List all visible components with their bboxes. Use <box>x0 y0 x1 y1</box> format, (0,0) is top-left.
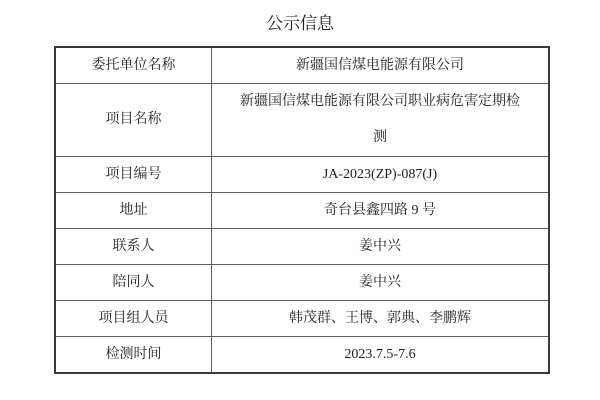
row-value-cell: 新疆国信煤电能源有限公司 <box>212 47 550 84</box>
row-value-cell: 奇台县鑫四路 9 号 <box>212 193 550 229</box>
row-label: 陪同人 <box>113 275 155 290</box>
row-label-cell: 项目名称 <box>55 84 212 157</box>
row-label: 项目编号 <box>106 167 162 182</box>
row-value: 姜中兴 <box>215 265 545 300</box>
table-row: 项目编号 JA-2023(ZP)-087(J) <box>55 157 549 193</box>
row-label: 项目组人员 <box>99 311 169 326</box>
row-label-cell: 项目组人员 <box>55 301 212 337</box>
row-label: 地址 <box>120 203 148 218</box>
row-label: 项目名称 <box>106 112 162 127</box>
row-label-cell: 检测时间 <box>55 337 212 374</box>
table-row: 委托单位名称 新疆国信煤电能源有限公司 <box>55 47 549 84</box>
row-value: 韩茂群、王博、郭典、李鹏辉 <box>215 301 545 336</box>
row-value: 姜中兴 <box>215 229 545 264</box>
row-value-cell: JA-2023(ZP)-087(J) <box>212 157 550 193</box>
row-label: 检测时间 <box>106 347 162 362</box>
document-page: 公示信息 委托单位名称 新疆国信煤电能源有限公司 项目名称 新疆国信煤电能源有限… <box>0 0 600 400</box>
table-row: 检测时间 2023.7.5-7.6 <box>55 337 549 374</box>
row-value-cell: 姜中兴 <box>212 265 550 301</box>
table-row: 项目组人员 韩茂群、王博、郭典、李鹏辉 <box>55 301 549 337</box>
row-label-cell: 地址 <box>55 193 212 229</box>
table-row: 地址 奇台县鑫四路 9 号 <box>55 193 549 229</box>
row-value: 新疆国信煤电能源有限公司 <box>215 48 545 83</box>
row-value: 2023.7.5-7.6 <box>215 337 545 372</box>
row-label-cell: 陪同人 <box>55 265 212 301</box>
row-value-cell: 2023.7.5-7.6 <box>212 337 550 374</box>
table-row: 项目名称 新疆国信煤电能源有限公司职业病危害定期检测 <box>55 84 549 157</box>
row-value: JA-2023(ZP)-087(J) <box>215 157 545 192</box>
page-title: 公示信息 <box>0 0 600 33</box>
row-label-cell: 联系人 <box>55 229 212 265</box>
table-row: 联系人 姜中兴 <box>55 229 549 265</box>
info-table-body: 委托单位名称 新疆国信煤电能源有限公司 项目名称 新疆国信煤电能源有限公司职业病… <box>55 47 549 373</box>
row-label: 委托单位名称 <box>92 58 176 73</box>
row-label-cell: 委托单位名称 <box>55 47 212 84</box>
info-table: 委托单位名称 新疆国信煤电能源有限公司 项目名称 新疆国信煤电能源有限公司职业病… <box>54 46 550 374</box>
row-value: 奇台县鑫四路 9 号 <box>215 193 545 228</box>
row-value-cell: 韩茂群、王博、郭典、李鹏辉 <box>212 301 550 337</box>
row-value-cell: 新疆国信煤电能源有限公司职业病危害定期检测 <box>212 84 550 157</box>
row-value-cell: 姜中兴 <box>212 229 550 265</box>
table-row: 陪同人 姜中兴 <box>55 265 549 301</box>
row-label: 联系人 <box>113 239 155 254</box>
row-value: 新疆国信煤电能源有限公司职业病危害定期检测 <box>236 84 524 156</box>
row-label-cell: 项目编号 <box>55 157 212 193</box>
